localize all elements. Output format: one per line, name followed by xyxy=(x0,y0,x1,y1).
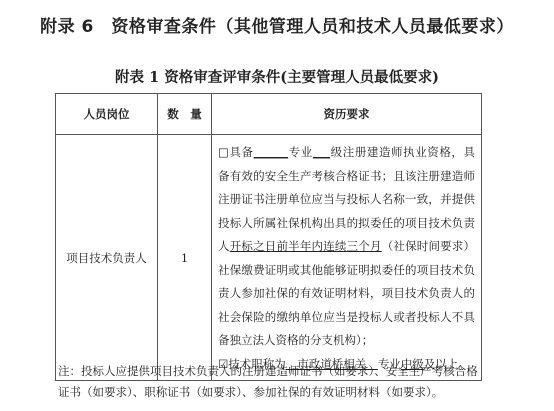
text-social-security: （社保时间要求）社保缴费证明或其他能够证明拟委任的项目技术负责人参加社保的有效证… xyxy=(218,239,475,347)
header-quantity: 数 量 xyxy=(158,94,212,135)
text-requirement-body: 级注册建造师执业资格，具备有效的安全生产考核合格证书；且该注册建造师注册证书注册… xyxy=(218,145,475,253)
underlined-social-security-period: 开标之日前半年内连续三个月 xyxy=(230,239,382,253)
blank-specialty: ______ xyxy=(254,145,289,159)
footnote: 注：投标人应提供项目技术负责人的注册建造师证书（如要求）、安全生产考核合格证书（… xyxy=(58,361,488,403)
header-position: 人员岗位 xyxy=(56,94,158,135)
cell-position: 项目技术负责人 xyxy=(56,135,158,381)
cell-quantity: 1 xyxy=(158,135,212,381)
text-specialty: 专业 xyxy=(288,145,313,159)
blank-level: ___ xyxy=(313,145,330,159)
appendix-title: 附录 6 资格审查条件（其他管理人员和技术人员最低要求） xyxy=(0,12,554,37)
table-header-row: 人员岗位 数 量 资历要求 xyxy=(56,94,482,135)
table-caption: 附表 1 资格审查评审条件(主要管理人员最低要求) xyxy=(0,66,554,87)
table-row: 项目技术负责人 1 □具备______专业___级注册建造师执业资格，具备有效的… xyxy=(56,135,482,381)
header-requirements: 资历要求 xyxy=(212,94,482,135)
cell-requirements: □具备______专业___级注册建造师执业资格，具备有效的安全生产考核合格证书… xyxy=(212,135,482,381)
qualification-table: 人员岗位 数 量 资历要求 项目技术负责人 1 □具备______专业___级注… xyxy=(55,93,482,381)
checkbox-unchecked-text: □具备 xyxy=(218,145,254,159)
